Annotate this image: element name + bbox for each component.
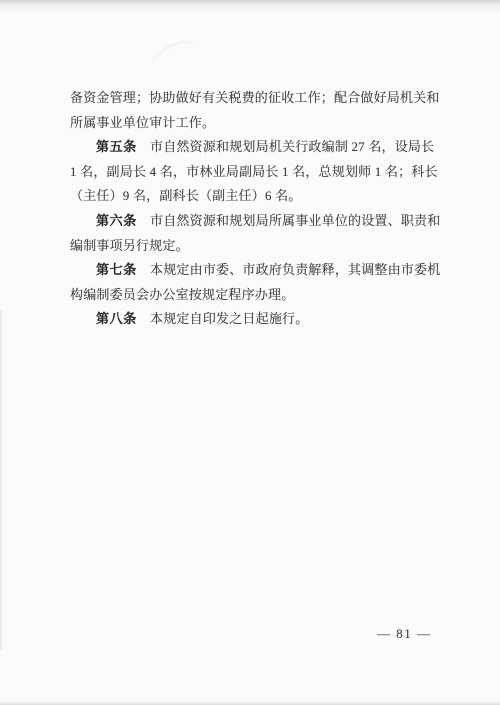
document-line: 构编制委员会办公室按规定程序办理。 [70,283,452,308]
document-line: 第六条 市自然资源和规划局所属事业单位的设置、职责和 [70,209,452,234]
document-line: 1 名，副局长 4 名，市林业局副局长 1 名，总规划师 1 名；科长 [70,160,452,185]
document-line: 备资金管理；协助做好有关税费的征收工作；配合做好局机关和 [70,86,452,111]
document-line: 编制事项另行规定。 [70,234,452,259]
document-line: 第八条 本规定自印发之日起施行。 [70,307,452,332]
document-line: 第七条 本规定由市委、市政府负责解释，其调整由市委机 [70,258,452,283]
page-number: — 81 — [377,626,432,642]
document-line: （主任）9 名，副科长（副主任）6 名。 [70,184,452,209]
scan-left-edge-shadow [0,310,3,650]
scanned-document-page: 备资金管理；协助做好有关税费的征收工作；配合做好局机关和所属事业单位审计工作。第… [0,0,500,705]
scan-bottom-edge-shadow [0,701,500,705]
article-number-label: 第六条 [96,213,137,228]
scan-smudge-mark [146,34,206,84]
article-number-label: 第七条 [96,262,137,277]
article-number-label: 第八条 [96,311,137,326]
document-line: 第五条 市自然资源和规划局机关行政编制 27 名，设局长 [70,135,452,160]
article-number-label: 第五条 [96,139,137,154]
document-body: 备资金管理；协助做好有关税费的征收工作；配合做好局机关和所属事业单位审计工作。第… [70,86,452,332]
scan-top-edge-shadow [0,0,500,16]
document-line: 所属事业单位审计工作。 [70,111,452,136]
